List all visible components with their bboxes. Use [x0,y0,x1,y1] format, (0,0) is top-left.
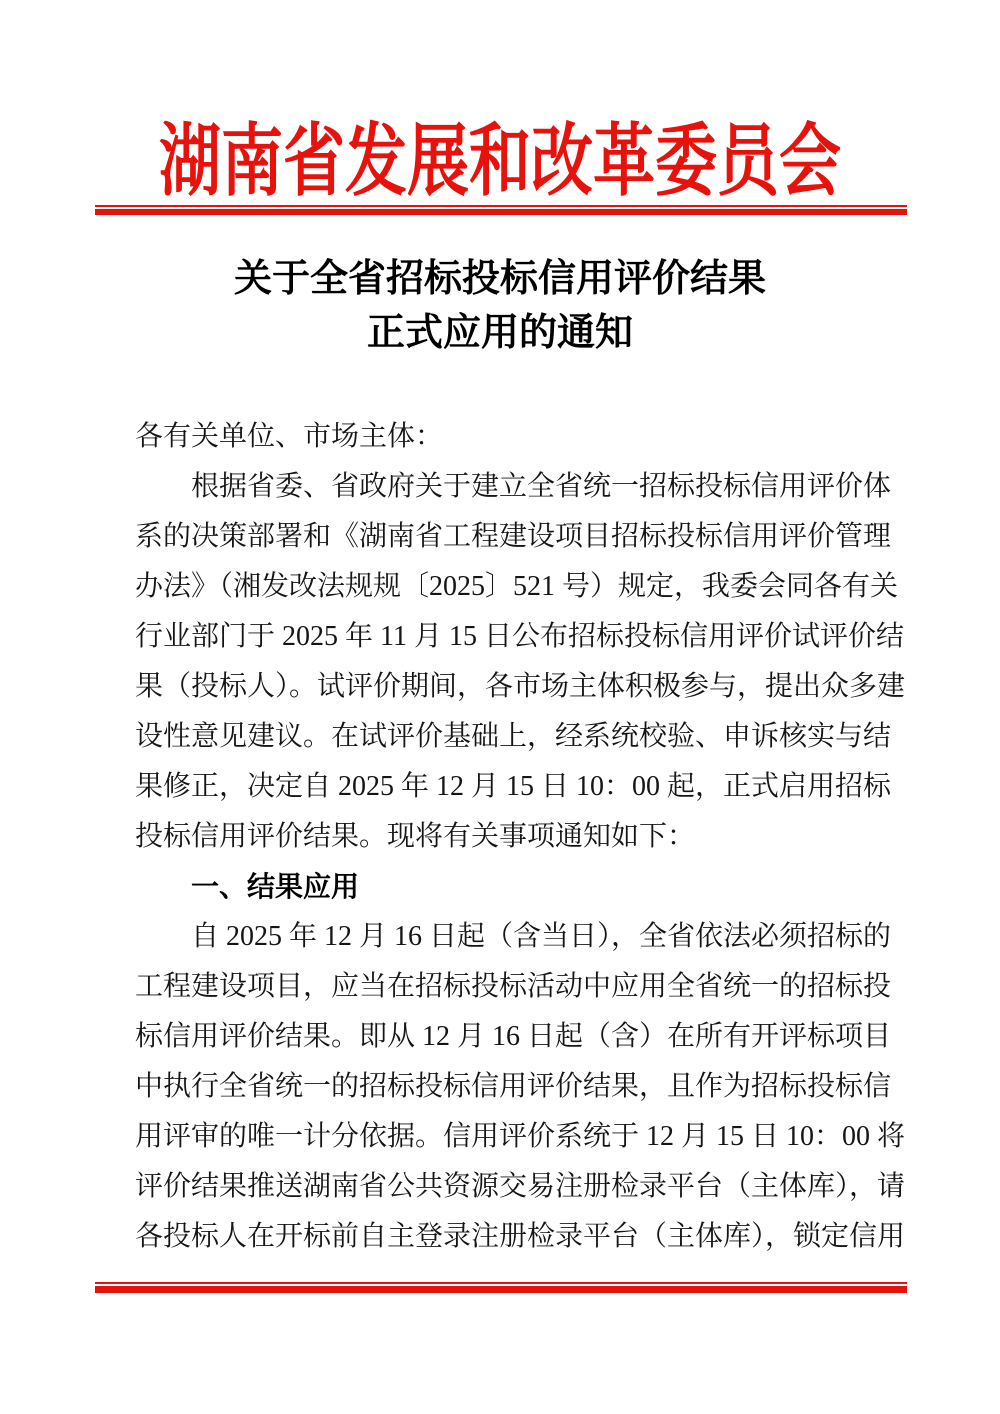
paragraph1-line: 办法》（湘发改法规规〔2025〕521 号）规定，我委会同各有关 [135,562,878,612]
footer-rule-thick-line [95,1286,907,1293]
paragraph1-line: 果（投标人）。试评价期间，各市场主体积极参与，提出众多建 [135,662,878,712]
paragraph2-line: 用评审的唯一计分依据。信用评价系统于 12 月 15 日 10：00 将 [135,1112,878,1162]
paragraph2-line: 各投标人在开标前自主登录注册检录平台（主体库），锁定信用 [135,1212,878,1262]
paragraph1-line: 根据省委、省政府关于建立全省统一招标投标信用评价体 [135,462,878,512]
document-title-line2: 正式应用的通知 [0,306,1000,360]
salutation-line: 各有关单位、市场主体： [135,412,878,462]
paragraph2-line: 中执行全省统一的招标投标信用评价结果，且作为招标投标信 [135,1062,878,1112]
header-rule-thin-line [95,205,907,207]
section1-heading: 一、结果应用 [135,862,878,912]
document-title-line1: 关于全省招标投标信用评价结果 [0,252,1000,306]
document-body: 各有关单位、市场主体： 根据省委、省政府关于建立全省统一招标投标信用评价体 系的… [135,412,878,1262]
paragraph2-line: 自 2025 年 12 月 16 日起（含当日），全省依法必须招标的 [135,912,878,962]
paragraph1-line: 投标信用评价结果。现将有关事项通知如下： [135,812,878,862]
paragraph1-line: 设性意见建议。在试评价基础上，经系统校验、申诉核实与结 [135,712,878,762]
agency-name: 湖南省发展和改革委员会 [0,98,1000,211]
footer-red-rule [95,1282,907,1293]
paragraph1-line: 系的决策部署和《湖南省工程建设项目招标投标信用评价管理 [135,512,878,562]
paragraph2-line: 工程建设项目，应当在招标投标活动中应用全省统一的招标投 [135,962,878,1012]
header-rule-thick-line [95,209,907,215]
document-title: 关于全省招标投标信用评价结果 正式应用的通知 [0,252,1000,360]
paragraph1-line: 行业部门于 2025 年 11 月 15 日公布招标投标信用评价试评价结 [135,612,878,662]
paragraph2-line: 评价结果推送湖南省公共资源交易注册检录平台（主体库），请 [135,1162,878,1212]
paragraph1-line: 果修正，决定自 2025 年 12 月 15 日 10：00 起，正式启用招标 [135,762,878,812]
footer-rule-thin-line [95,1282,907,1284]
paragraph2-line: 标信用评价结果。即从 12 月 16 日起（含）在所有开评标项目 [135,1012,878,1062]
header-red-rule [95,205,907,215]
document-page: 湖南省发展和改革委员会 关于全省招标投标信用评价结果 正式应用的通知 各有关单位… [0,0,1000,1414]
